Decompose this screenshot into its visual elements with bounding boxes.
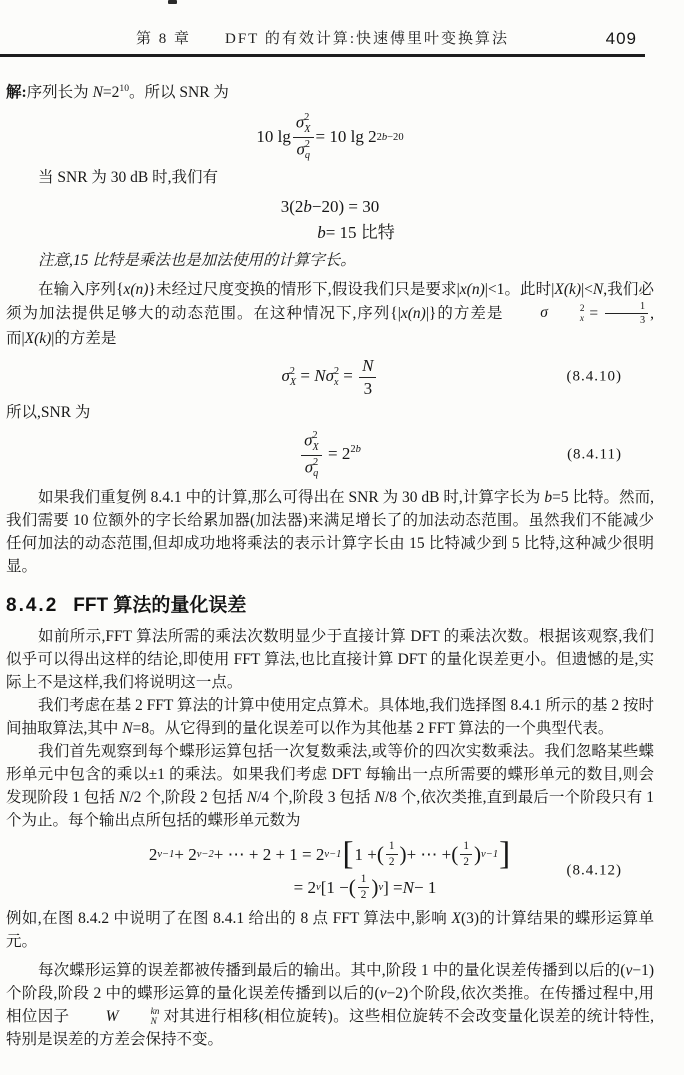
paragraph-when-snr: 当 SNR 为 30 dB 时,我们有 [6, 166, 654, 189]
paragraph-repeat-example: 如果我们重复例 8.4.1 中的计算,那么可得出在 SNR 为 30 dB 时,… [6, 486, 654, 578]
paragraph-example-figure: 例如,在图 8.4.2 中说明了在图 8.4.1 给出的 8 点 FFT 算法中… [6, 907, 654, 953]
page-number: 409 [606, 29, 637, 49]
section-heading-8-4-2: 8.4.2FFT 算法的量化误差 [6, 590, 654, 617]
page-header: 第 8 章 DFT 的有效计算:快速傅里叶变换算法 409 [0, 0, 684, 57]
equation-8-4-12: 2v−1 + 2v−2 + ⋯ + 2 + 1 = 2v−1[1 + (12) … [6, 840, 654, 902]
equation-label-8-4-12: (8.4.12) [567, 862, 623, 879]
section-title: FFT 算法的量化误差 [73, 595, 246, 616]
page-body: 解:序列长为 N=210。所以 SNR 为 10 lg σ2Xσ2q = 10 … [0, 77, 684, 1051]
scanned-page: 第 8 章 DFT 的有效计算:快速傅里叶变换算法 409 解:序列长为 N=2… [0, 0, 684, 1075]
paragraph-as-shown: 如前所示,FFT 算法所需的乘法次数明显少于直接计算 DFT 的乘法次数。根据该… [6, 625, 654, 694]
section-number: 8.4.2 [6, 595, 58, 616]
paragraph-error-propagation: 每次蝶形运算的误差都被传播到最后的输出。其中,阶段 1 中的量化误差传播到以后的… [6, 959, 654, 1052]
equation-label-8-4-11: (8.4.11) [567, 446, 622, 465]
equation-8-4-12-line1: 2v−1 + 2v−2 + ⋯ + 2 + 1 = 2v−1[1 + (12) … [6, 840, 654, 869]
equation-8-4-11-body: σ2Xσ2q = 22b [299, 430, 361, 480]
equation-8-4-10-body: σ2X = Nσ2x = N3 [282, 356, 379, 398]
paragraph-input-sequence: 在输入序列{x(n)}未经过尺度变换的情形下,假设我们只是要求|x(n)|<1。… [6, 278, 654, 351]
paragraph-so-snr: 所以,SNR 为 [6, 401, 654, 424]
chapter-title: 第 8 章 DFT 的有效计算:快速傅里叶变换算法 [0, 27, 645, 48]
equation-8-4-11: σ2Xσ2q = 22b (8.4.11) [6, 430, 654, 480]
equation-b-15-bits: b = 15 比特 [32, 222, 680, 243]
paragraph-butterfly: 我们首先观察到每个蝶形运算包括一次复数乘法,或等价的四次实数乘法。我们忽略某些蝶… [6, 740, 654, 832]
paragraph-note: 注意,15 比特是乘法也是加法使用的计算字长。 [6, 249, 654, 272]
equation-label-8-4-10: (8.4.10) [567, 368, 623, 387]
equation-snr-30: 3(2b−20) = 30 [6, 196, 654, 217]
paragraph-fixed-point: 我们考虑在基 2 FFT 算法的计算中使用定点算术。具体地,我们选择图 8.4.… [6, 694, 654, 740]
equation-8-4-10: σ2X = Nσ2x = N3 (8.4.10) [6, 356, 654, 398]
header-rule [0, 54, 645, 57]
paragraph-solution: 解:序列长为 N=210。所以 SNR 为 [6, 77, 654, 104]
equation-snr-log: 10 lg σ2Xσ2q = 10 lg 22b−20 [6, 112, 654, 162]
